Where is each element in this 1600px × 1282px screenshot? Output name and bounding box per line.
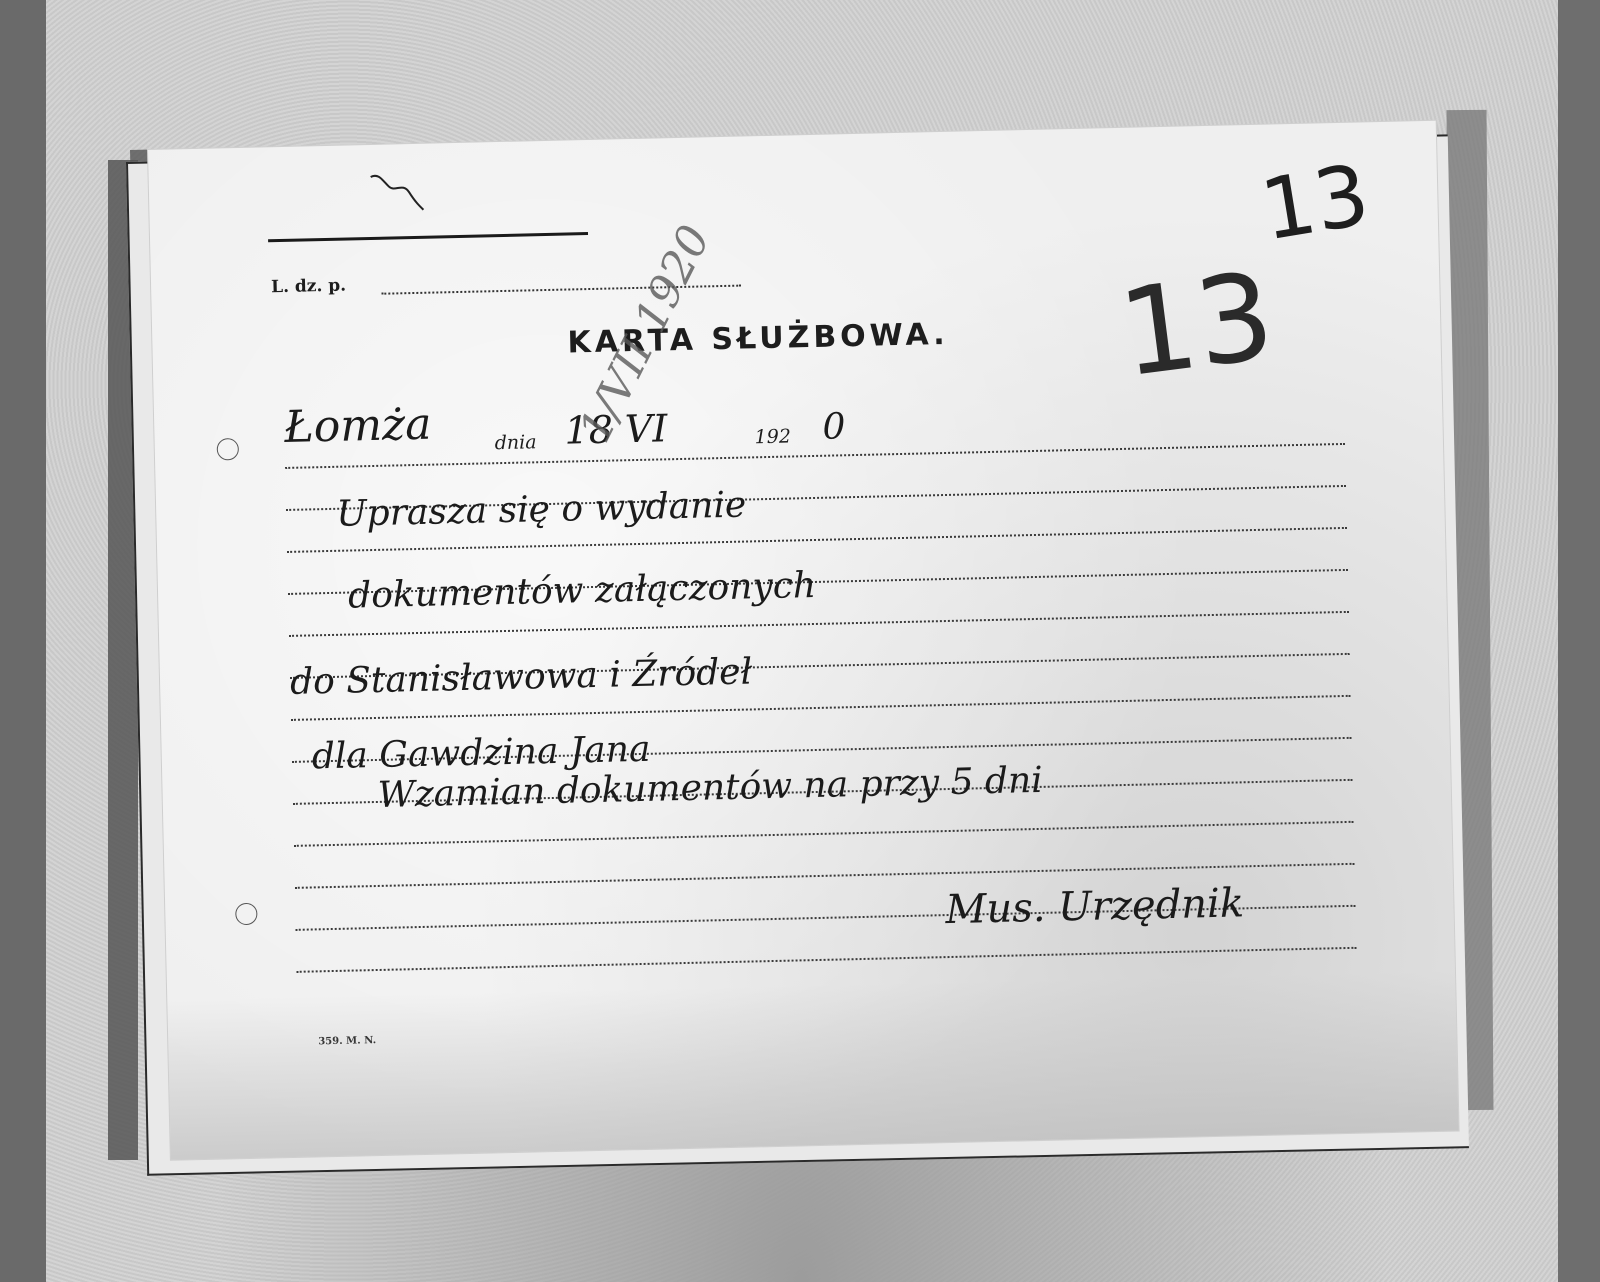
handwritten-line-1: Uprasza się o wydanie (336, 485, 747, 535)
handwritten-line-2: dokumentów załączonych (348, 565, 817, 617)
scribble-mark (369, 172, 430, 213)
ruled-line (297, 947, 1357, 973)
archive-number-primary: 13 (1112, 247, 1281, 404)
signature: Mus. Urzędnik (945, 880, 1245, 933)
card-shading (167, 971, 1458, 1160)
date-label: dnia (494, 431, 536, 454)
ruled-line (285, 443, 1345, 469)
punch-hole-icon (235, 903, 257, 925)
handwritten-line-3: do Stanisławowa i Źródeł (290, 651, 753, 702)
film-border-right (1558, 0, 1600, 1282)
year-prefix: 192 (754, 425, 791, 448)
ruled-line (294, 821, 1354, 847)
film-border-left (0, 0, 46, 1282)
archive-number-secondary: 13 (1254, 146, 1375, 260)
service-card: L. dz. p. KARTA SŁUŻBOWA. Łomża dnia 18 … (148, 121, 1459, 1160)
top-rule (268, 232, 588, 242)
handwritten-year-suffix: 0 (822, 406, 846, 448)
ruled-line (289, 611, 1349, 637)
punch-hole-icon (217, 438, 239, 460)
handwritten-place: Łomża (284, 399, 432, 453)
reference-number-label: L. dz. p. (271, 276, 346, 298)
